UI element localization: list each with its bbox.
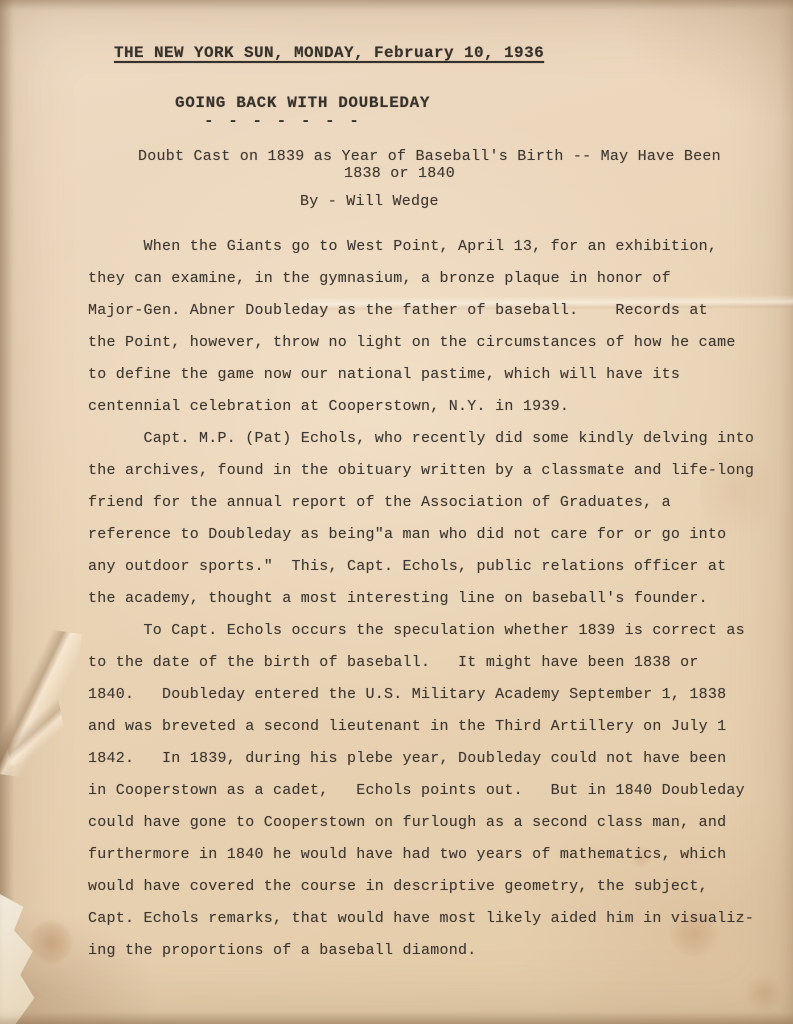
newspaper-masthead: THE NEW YORK SUN, MONDAY, February 10, 1… — [114, 44, 544, 62]
text-line: friend for the annual report of the Asso… — [88, 487, 757, 519]
byline: By - Will Wedge — [300, 193, 757, 210]
text-line: would have covered the course in descrip… — [88, 871, 757, 903]
article-subhead: Doubt Cast on 1839 as Year of Baseball's… — [88, 148, 757, 182]
text-line: could have gone to Cooperstown on furlou… — [88, 807, 757, 839]
text-line: Major-Gen. Abner Doubleday as the father… — [88, 295, 757, 327]
text-line: reference to Doubleday as being"a man wh… — [88, 519, 757, 551]
typewritten-page: THE NEW YORK SUN, MONDAY, February 10, 1… — [0, 0, 793, 1024]
text-line: the Point, however, throw no light on th… — [88, 327, 757, 359]
masthead-row: THE NEW YORK SUN, MONDAY, February 10, 1… — [88, 44, 757, 62]
paragraph: To Capt. Echols occurs the speculation w… — [88, 615, 757, 967]
text-line: When the Giants go to West Point, April … — [88, 231, 757, 263]
subhead-line-2: 1838 or 1840 — [344, 165, 757, 182]
article-body: When the Giants go to West Point, April … — [88, 231, 757, 967]
text-line: to the date of the birth of baseball. It… — [88, 647, 757, 679]
text-line: Capt. Echols remarks, that would have mo… — [88, 903, 757, 935]
text-line: in Cooperstown as a cadet, Echols points… — [88, 775, 757, 807]
text-line: the academy, thought a most interesting … — [88, 583, 757, 615]
text-line: furthermore in 1840 he would have had tw… — [88, 839, 757, 871]
text-line: 1840. Doubleday entered the U.S. Militar… — [88, 679, 757, 711]
text-line: Capt. M.P. (Pat) Echols, who recently di… — [88, 423, 757, 455]
text-line: they can examine, in the gymnasium, a br… — [88, 263, 757, 295]
text-line: the archives, found in the obituary writ… — [88, 455, 757, 487]
article-headline: GOING BACK WITH DOUBLEDAY — [175, 94, 757, 112]
text-line: to define the game now our national past… — [88, 359, 757, 391]
subhead-line-1: Doubt Cast on 1839 as Year of Baseball's… — [138, 148, 757, 165]
text-line: 1842. In 1839, during his plebe year, Do… — [88, 743, 757, 775]
text-line: To Capt. Echols occurs the speculation w… — [88, 615, 757, 647]
page-content: THE NEW YORK SUN, MONDAY, February 10, 1… — [0, 0, 793, 1024]
text-line: and was breveted a second lieutenant in … — [88, 711, 757, 743]
text-line: any outdoor sports." This, Capt. Echols,… — [88, 551, 757, 583]
paragraph: Capt. M.P. (Pat) Echols, who recently di… — [88, 423, 757, 615]
text-line: ing the proportions of a baseball diamon… — [88, 935, 757, 967]
headline-dashed-rule: - - - - - - - — [204, 112, 757, 130]
text-line: centennial celebration at Cooperstown, N… — [88, 391, 757, 423]
paragraph: When the Giants go to West Point, April … — [88, 231, 757, 423]
